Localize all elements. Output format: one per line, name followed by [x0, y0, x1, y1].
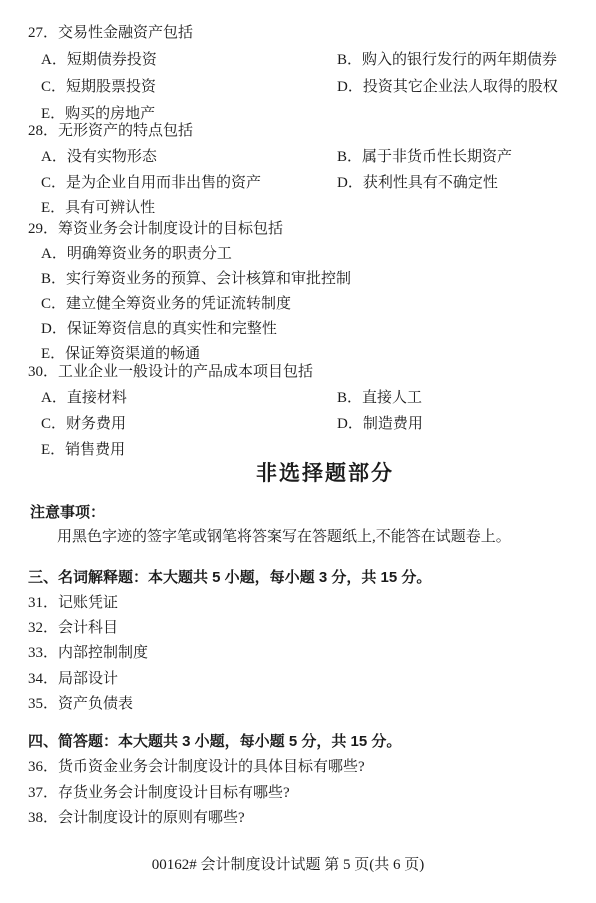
- question-27-option-e: E．购买的房地产: [41, 106, 155, 123]
- question-28-option-e: E．具有可辨认性: [41, 200, 155, 217]
- question-28-stem: 28．无形资产的特点包括: [28, 123, 193, 140]
- notice-text: 用黑色字迹的签字笔或钢笔将答案写在答题纸上,不能答在试题卷上。: [57, 529, 511, 546]
- question-28-option-a: A．没有实物形态: [41, 149, 157, 166]
- short-answer-item-36: 36．货币资金业务会计制度设计的具体目标有哪些?: [28, 759, 365, 776]
- question-27-option-b: B．购入的银行发行的两年期债券: [337, 52, 557, 69]
- short-answer-item-37: 37．存货业务会计制度设计目标有哪些?: [28, 785, 290, 802]
- question-27-option-d: D．投资其它企业法人取得的股权: [337, 79, 558, 96]
- question-30-stem: 30．工业企业一般设计的产品成本项目包括: [28, 364, 313, 381]
- non-mc-section-heading: 非选择题部分: [27, 462, 596, 486]
- question-27-stem: 27．交易性金融资产包括: [28, 25, 193, 42]
- question-29-option-c: C．建立健全筹资业务的凭证流转制度: [41, 296, 291, 313]
- question-29-option-e: E．保证筹资渠道的畅通: [41, 346, 200, 363]
- notice-label: 注意事项：: [30, 504, 105, 521]
- term-item-32: 32．会计科目: [28, 620, 118, 637]
- term-item-33: 33．内部控制制度: [28, 645, 148, 662]
- exam-paper-page: 27．交易性金融资产包括 A．短期债券投资 B．购入的银行发行的两年期债券 C．…: [0, 0, 596, 903]
- section-4-title: 四、简答题：本大题共 3 小题，每小题 5 分，共 15 分。: [28, 733, 401, 750]
- question-27-option-a: A．短期债券投资: [41, 52, 157, 69]
- section-3-title: 三、名词解释题：本大题共 5 小题，每小题 3 分，共 15 分。: [28, 569, 431, 586]
- question-30-option-e: E．销售费用: [41, 442, 125, 459]
- question-30-option-a: A．直接材料: [41, 390, 127, 407]
- question-29-option-d: D．保证筹资信息的真实性和完整性: [41, 321, 277, 338]
- short-answer-item-38: 38．会计制度设计的原则有哪些?: [28, 810, 245, 827]
- question-30-option-d: D．制造费用: [337, 416, 423, 433]
- question-30-option-c: C．财务费用: [41, 416, 126, 433]
- term-item-34: 34．局部设计: [28, 671, 118, 688]
- question-28-option-c: C．是为企业自用而非出售的资产: [41, 175, 261, 192]
- question-28-option-d: D．获利性具有不确定性: [337, 175, 498, 192]
- footer-page-info: 00162# 会计制度设计试题 第 5 页(共 6 页): [0, 857, 586, 874]
- question-29-option-b: B．实行筹资业务的预算、会计核算和审批控制: [41, 271, 351, 288]
- term-item-31: 31．记账凭证: [28, 595, 118, 612]
- question-30-option-b: B．直接人工: [337, 390, 422, 407]
- question-29-stem: 29．筹资业务会计制度设计的目标包括: [28, 221, 283, 238]
- question-28-option-b: B．属于非货币性长期资产: [337, 149, 512, 166]
- term-item-35: 35．资产负债表: [28, 696, 133, 713]
- question-29-option-a: A．明确筹资业务的职责分工: [41, 246, 232, 263]
- question-27-option-c: C．短期股票投资: [41, 79, 156, 96]
